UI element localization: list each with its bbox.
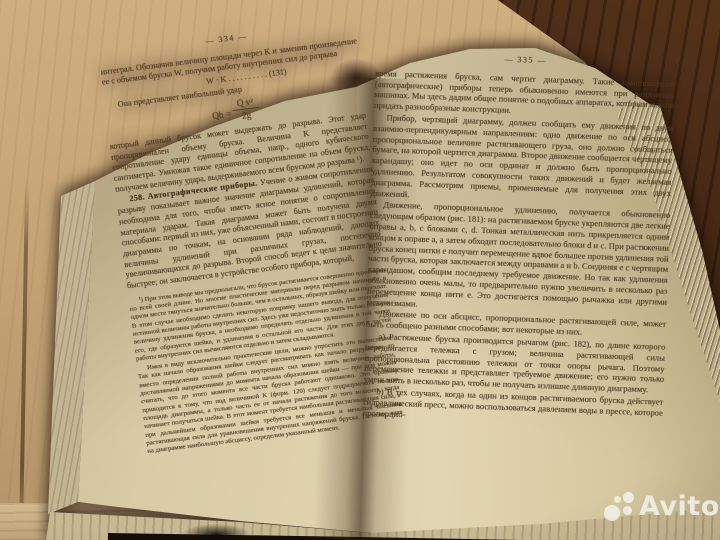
formula-qh-fraction: Q v² 2g (231, 95, 260, 122)
right-paragraph-3: Движение, пропорциональное удлинению, по… (367, 199, 671, 318)
avito-watermark: Avito (604, 490, 718, 532)
right-paragraph-2: Прибор, чертящий диаграмму, должен сообщ… (371, 112, 674, 209)
avito-logo-icon (604, 492, 636, 524)
right-page-text: — 335 — время растяжения бруска, сам чер… (362, 50, 675, 430)
left-page-text: — 334 — интеграл. Обозначив величину пло… (98, 19, 404, 459)
open-book: — 334 — интеграл. Обозначив величину пло… (0, 0, 720, 540)
footnotes: ¹) При этом выводе мы предполагали, что … (128, 266, 404, 456)
formula-qh-denominator: 2g (233, 108, 261, 123)
formula-qh-lhs: Qh = (212, 108, 232, 120)
right-paragraph-5: а) Растяжение бруска производится рычаго… (364, 331, 666, 396)
cover-shadow-blob (182, 524, 250, 540)
photo-open-book: — 334 — интеграл. Обозначив величину пло… (0, 0, 720, 540)
avito-watermark-label: Avito (639, 490, 720, 524)
